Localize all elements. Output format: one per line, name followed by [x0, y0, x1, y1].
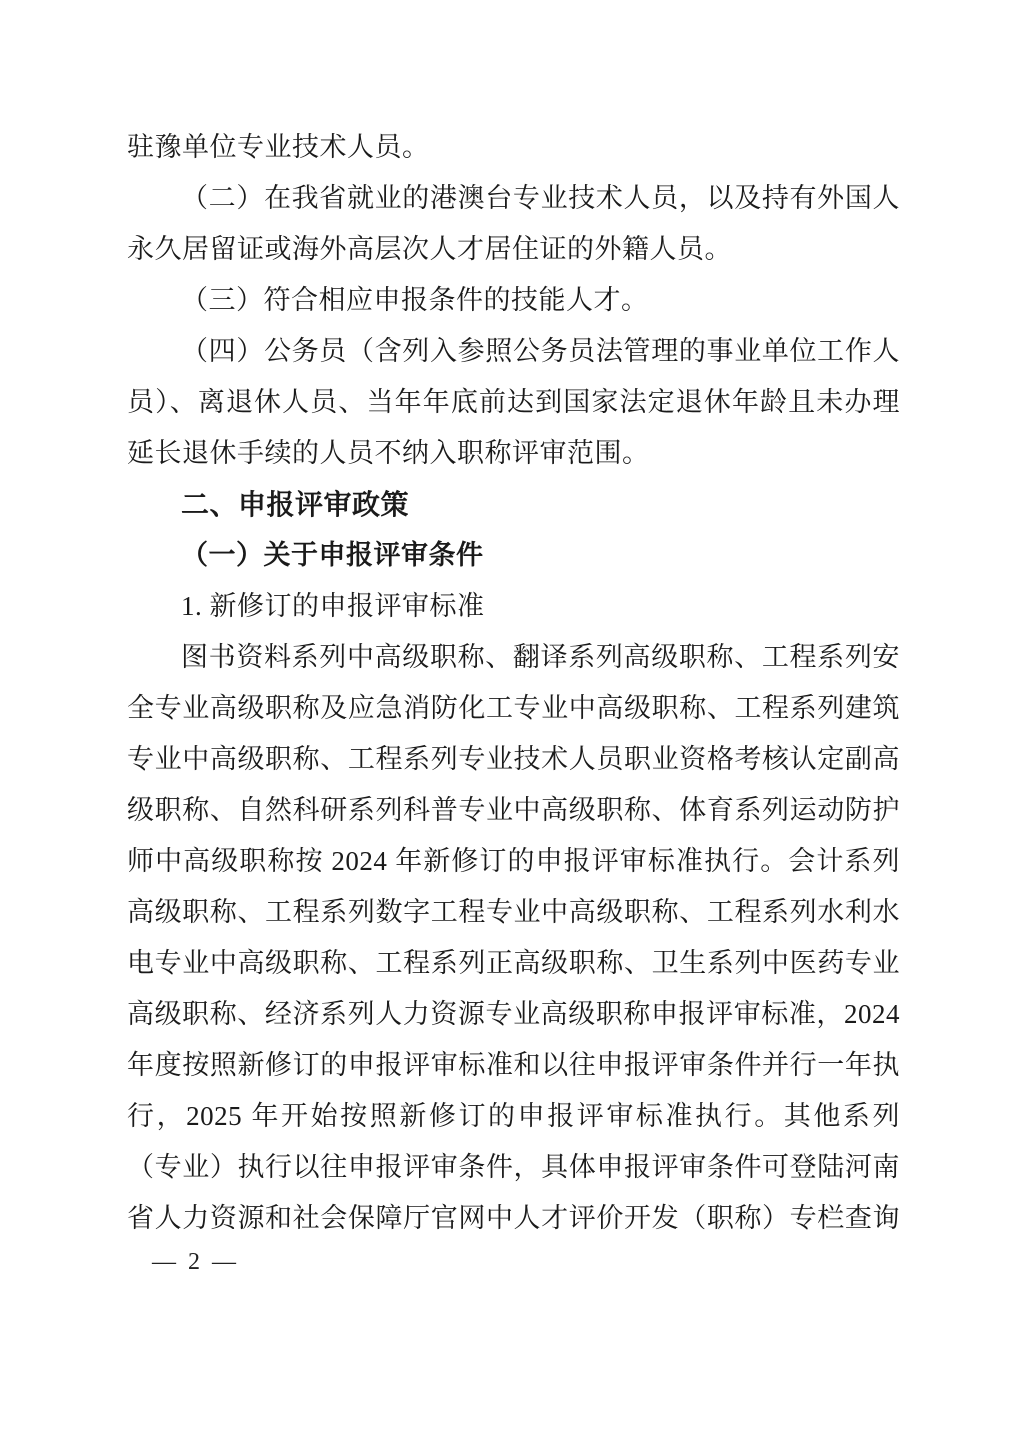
document-line: 1. 新修订的申报评审标准 — [127, 581, 900, 632]
document-line: 永久居留证或海外高层次人才居住证的外籍人员。 — [127, 224, 900, 275]
document-line: 延长退休手续的人员不纳入职称评审范围。 — [127, 428, 900, 479]
document-line: 高级职称、经济系列人力资源专业高级职称申报评审标准，2024 — [127, 989, 900, 1040]
document-line: 年度按照新修订的申报评审标准和以往申报评审条件并行一年执 — [127, 1040, 900, 1091]
document-line: 省人力资源和社会保障厅官网中人才评价开发（职称）专栏查询 — [127, 1193, 900, 1244]
document-line: （三）符合相应申报条件的技能人才。 — [127, 275, 900, 326]
document-line: 驻豫单位专业技术人员。 — [127, 122, 900, 173]
document-line: 图书资料系列中高级职称、翻译系列高级职称、工程系列安 — [127, 632, 900, 683]
document-line: 全专业高级职称及应急消防化工专业中高级职称、工程系列建筑 — [127, 683, 900, 734]
document-line: （专业）执行以往申报评审条件，具体申报评审条件可登陆河南 — [127, 1142, 900, 1193]
document-line: 电专业中高级职称、工程系列正高级职称、卫生系列中医药专业 — [127, 938, 900, 989]
document-line: （二）在我省就业的港澳台专业技术人员，以及持有外国人 — [127, 173, 900, 224]
document-page: 驻豫单位专业技术人员。（二）在我省就业的港澳台专业技术人员，以及持有外国人永久居… — [0, 0, 1024, 1448]
document-line: （四）公务员（含列入参照公务员法管理的事业单位工作人 — [127, 326, 900, 377]
document-body: 驻豫单位专业技术人员。（二）在我省就业的港澳台专业技术人员，以及持有外国人永久居… — [127, 122, 900, 1244]
subsection-heading: （一）关于申报评审条件 — [127, 530, 900, 581]
document-line: 高级职称、工程系列数字工程专业中高级职称、工程系列水利水 — [127, 887, 900, 938]
document-line: 行，2025 年开始按照新修订的申报评审标准执行。其他系列 — [127, 1091, 900, 1142]
document-line: 员）、离退休人员、当年年底前达到国家法定退休年龄且未办理 — [127, 377, 900, 428]
document-line: 级职称、自然科研系列科普专业中高级职称、体育系列运动防护 — [127, 785, 900, 836]
page-number: — 2 — — [152, 1238, 239, 1286]
document-line: 师中高级职称按 2024 年新修订的申报评审标准执行。会计系列 — [127, 836, 900, 887]
document-line: 专业中高级职称、工程系列专业技术人员职业资格考核认定副高 — [127, 734, 900, 785]
section-heading: 二、申报评审政策 — [127, 479, 900, 530]
